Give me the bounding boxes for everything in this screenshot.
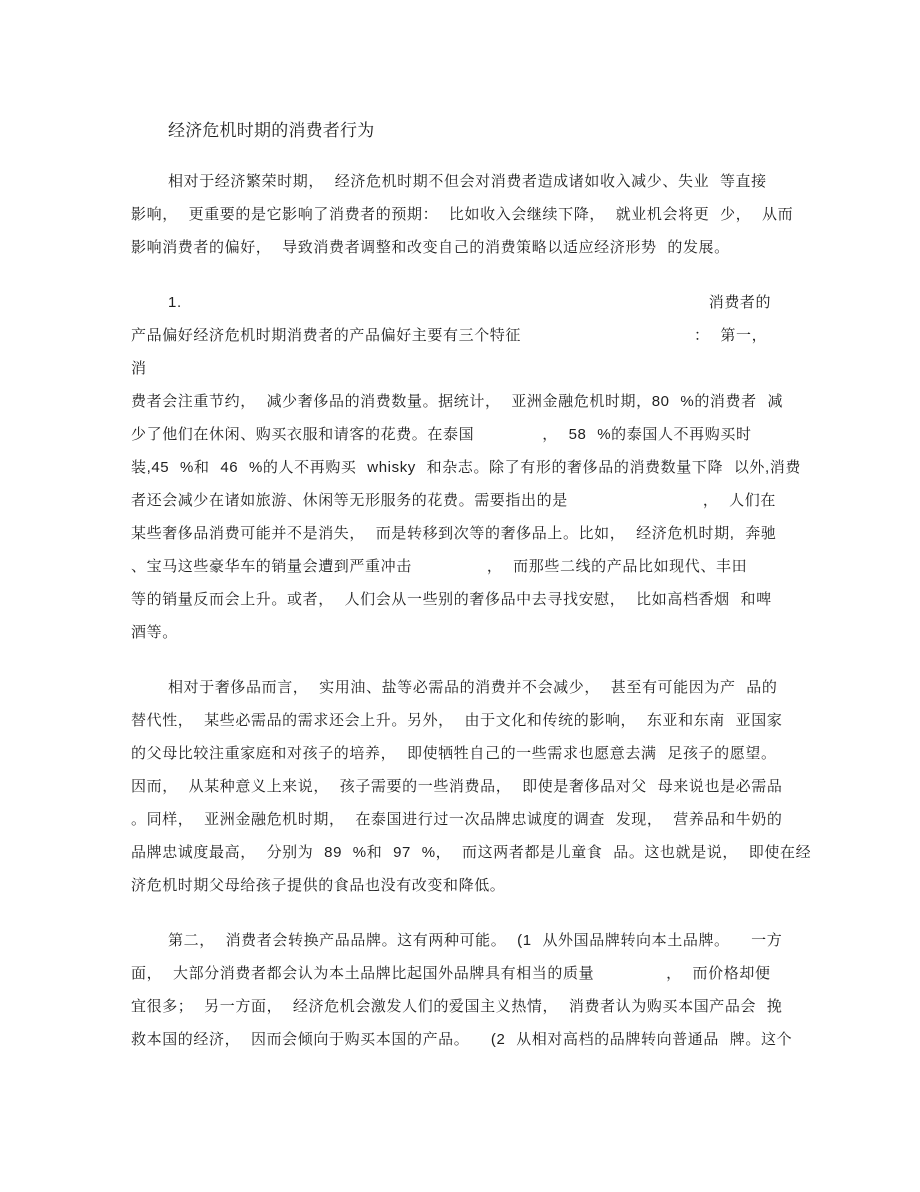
text-line: 、宝马这些豪华车的销量会遭到严重冲击， 而那些二线的产品比如现代、丰田 — [131, 550, 820, 583]
text-line: 少了他们在休闲、购买衣服和请客的花费。在泰国， 58 %的泰国人不再购买时 — [131, 418, 820, 451]
text-run: 装,45 %和 46 %的人不再购买 whisky 和杂志。除了有形的奢侈品的消… — [131, 459, 801, 476]
text-line: 影响消费者的偏好， 导致消费者调整和改变自己的消费策略以适应经济形势 的发展。 — [131, 231, 820, 264]
text-run: 面， 大部分消费者都会认为本土品牌比起国外品牌具有相当的质量 — [131, 965, 594, 982]
text-line: 费者会注重节约， 减少奢侈品的消费数量。据统计， 亚洲金融危机时期，80 %的消… — [131, 385, 820, 418]
text-run: 、宝马这些豪华车的销量会遭到严重冲击 — [131, 558, 412, 575]
document-page: 经济危机时期的消费者行为相对于经济繁荣时期， 经济危机时期不但会对消费者造成诸如… — [0, 0, 920, 1192]
paragraph: 相对于经济繁荣时期， 经济危机时期不但会对消费者造成诸如收入减少、失业 等直接影… — [131, 165, 820, 264]
text-line: 品牌忠诚度最高， 分别为 89 %和 97 %， 而这两者都是儿童食 品。这也就… — [131, 836, 820, 869]
text-run: 少了他们在休闲、购买衣服和请客的花费。在泰国 — [131, 426, 474, 443]
text-line: 济危机时期父母给孩子提供的食品也没有改变和降低。 — [131, 869, 820, 902]
text-line: 产品偏好经济危机时期消费者的产品偏好主要有三个特征： 第一， — [131, 319, 820, 352]
gap-span — [594, 977, 666, 978]
document-title: 经济危机时期的消费者行为 — [131, 114, 820, 147]
text-run: 影响消费者的偏好， 导致消费者调整和改变自己的消费策略以适应经济形势 的发展。 — [131, 239, 730, 256]
paragraph: 第二， 消费者会转换产品品牌。这有两种可能。 (1 从外国品牌转向本土品牌。 一… — [131, 924, 820, 1056]
text-run: 消 — [131, 360, 147, 377]
text-run: ， 人们在 — [703, 492, 776, 509]
gap-span — [182, 306, 709, 307]
text-line: 的父母比较注重家庭和对孩子的培养， 即使牺牲自己的一些需求也愿意去满 足孩子的愿… — [131, 737, 820, 770]
text-run: 相对于经济繁荣时期， 经济危机时期不但会对消费者造成诸如收入减少、失业 等直接 — [168, 173, 767, 190]
text-line: 因而， 从某种意义上来说， 孩子需要的一些消费品， 即使是奢侈品对父 母来说也是… — [131, 770, 820, 803]
gap-span — [474, 438, 542, 439]
text-run: 相对于奢侈品而言， 实用油、盐等必需品的消费并不会减少， 甚至有可能因为产 品的 — [168, 679, 778, 696]
text-line: 。同样， 亚洲金融危机时期， 在泰国进行过一次品牌忠诚度的调查 发现， 营养品和… — [131, 803, 820, 836]
text-line: 某些奢侈品消费可能并不是消失， 而是转移到次等的奢侈品上。比如， 经济危机时期,… — [131, 517, 820, 550]
text-line: 第二， 消费者会转换产品品牌。这有两种可能。 (1 从外国品牌转向本土品牌。 一… — [131, 924, 820, 957]
text-run: 品牌忠诚度最高， 分别为 89 %和 97 %， 而这两者都是儿童食 品。这也就… — [131, 844, 811, 861]
text-line: 经济危机时期的消费者行为 — [131, 114, 820, 147]
text-line: 1.消费者的 — [131, 286, 820, 319]
text-run: 消费者的 — [709, 294, 771, 311]
text-run: 济危机时期父母给孩子提供的食品也没有改变和降低。 — [131, 877, 505, 894]
gap-span — [521, 339, 694, 340]
text-run: 某些奢侈品消费可能并不是消失， 而是转移到次等的奢侈品上。比如， 经济危机时期,… — [131, 525, 776, 542]
text-run: 救本国的经济， 因而会倾向于购买本国的产品。 (2 从相对高档的品牌转向普通品 … — [131, 1031, 792, 1048]
text-line: 者还会减少在诸如旅游、休闲等无形服务的花费。需要指出的是， 人们在 — [131, 484, 820, 517]
text-run: 费者会注重节约， 减少奢侈品的消费数量。据统计， 亚洲金融危机时期，80 %的消… — [131, 393, 783, 410]
text-run: 。同样， 亚洲金融危机时期， 在泰国进行过一次品牌忠诚度的调查 发现， 营养品和… — [131, 811, 782, 828]
text-run: 产品偏好经济危机时期消费者的产品偏好主要有三个特征 — [131, 327, 521, 344]
text-run: ， 而价格却便 — [666, 965, 770, 982]
text-line: 相对于奢侈品而言， 实用油、盐等必需品的消费并不会减少， 甚至有可能因为产 品的 — [131, 671, 820, 704]
text-run: 替代性， 某些必需品的需求还会上升。另外， 由于文化和传统的影响， 东亚和东南 … — [131, 712, 782, 729]
text-run: 宜很多； 另一方面， 经济危机会激发人们的爱国主义热情， 消费者认为购买本国产品… — [131, 998, 782, 1015]
text-line: 替代性， 某些必需品的需求还会上升。另外， 由于文化和传统的影响， 东亚和东南 … — [131, 704, 820, 737]
text-run: 经济危机时期的消费者行为 — [168, 121, 374, 140]
text-line: 影响， 更重要的是它影响了消费者的预期： 比如收入会继续下降， 就业机会将更 少… — [131, 198, 820, 231]
text-run: ， 58 %的泰国人不再购买时 — [542, 426, 751, 443]
text-run: ， 而那些二线的产品比如现代、丰田 — [487, 558, 747, 575]
text-line: 宜很多； 另一方面， 经济危机会激发人们的爱国主义热情， 消费者认为购买本国产品… — [131, 990, 820, 1023]
text-line: 相对于经济繁荣时期， 经济危机时期不但会对消费者造成诸如收入减少、失业 等直接 — [131, 165, 820, 198]
text-line: 装,45 %和 46 %的人不再购买 whisky 和杂志。除了有形的奢侈品的消… — [131, 451, 820, 484]
text-line: 救本国的经济， 因而会倾向于购买本国的产品。 (2 从相对高档的品牌转向普通品 … — [131, 1023, 820, 1056]
paragraph: 相对于奢侈品而言， 实用油、盐等必需品的消费并不会减少， 甚至有可能因为产 品的… — [131, 671, 820, 902]
gap-span — [412, 570, 487, 571]
paragraph: 1.消费者的产品偏好经济危机时期消费者的产品偏好主要有三个特征： 第一，消费者会… — [131, 286, 820, 649]
text-line: 酒等。 — [131, 616, 820, 649]
text-run: 影响， 更重要的是它影响了消费者的预期： 比如收入会继续下降， 就业机会将更 少… — [131, 206, 793, 223]
text-line: 消 — [131, 352, 820, 385]
text-run: 的父母比较注重家庭和对孩子的培养， 即使牺牲自己的一些需求也愿意去满 足孩子的愿… — [131, 745, 777, 762]
text-run: ： 第一， — [694, 327, 767, 344]
text-run: 1. — [168, 294, 182, 311]
text-run: 第二， 消费者会转换产品品牌。这有两种可能。 (1 从外国品牌转向本土品牌。 一… — [168, 932, 782, 949]
text-line: 等的销量反而会上升。或者， 人们会从一些别的奢侈品中去寻找安慰， 比如高档香烟 … — [131, 583, 820, 616]
text-run: 等的销量反而会上升。或者， 人们会从一些别的奢侈品中去寻找安慰， 比如高档香烟 … — [131, 591, 772, 608]
text-line: 面， 大部分消费者都会认为本土品牌比起国外品牌具有相当的质量， 而价格却便 — [131, 957, 820, 990]
gap-span — [568, 504, 703, 505]
text-run: 酒等。 — [131, 624, 178, 641]
text-run: 因而， 从某种意义上来说， 孩子需要的一些消费品， 即使是奢侈品对父 母来说也是… — [131, 778, 782, 795]
text-run: 者还会减少在诸如旅游、休闲等无形服务的花费。需要指出的是 — [131, 492, 568, 509]
